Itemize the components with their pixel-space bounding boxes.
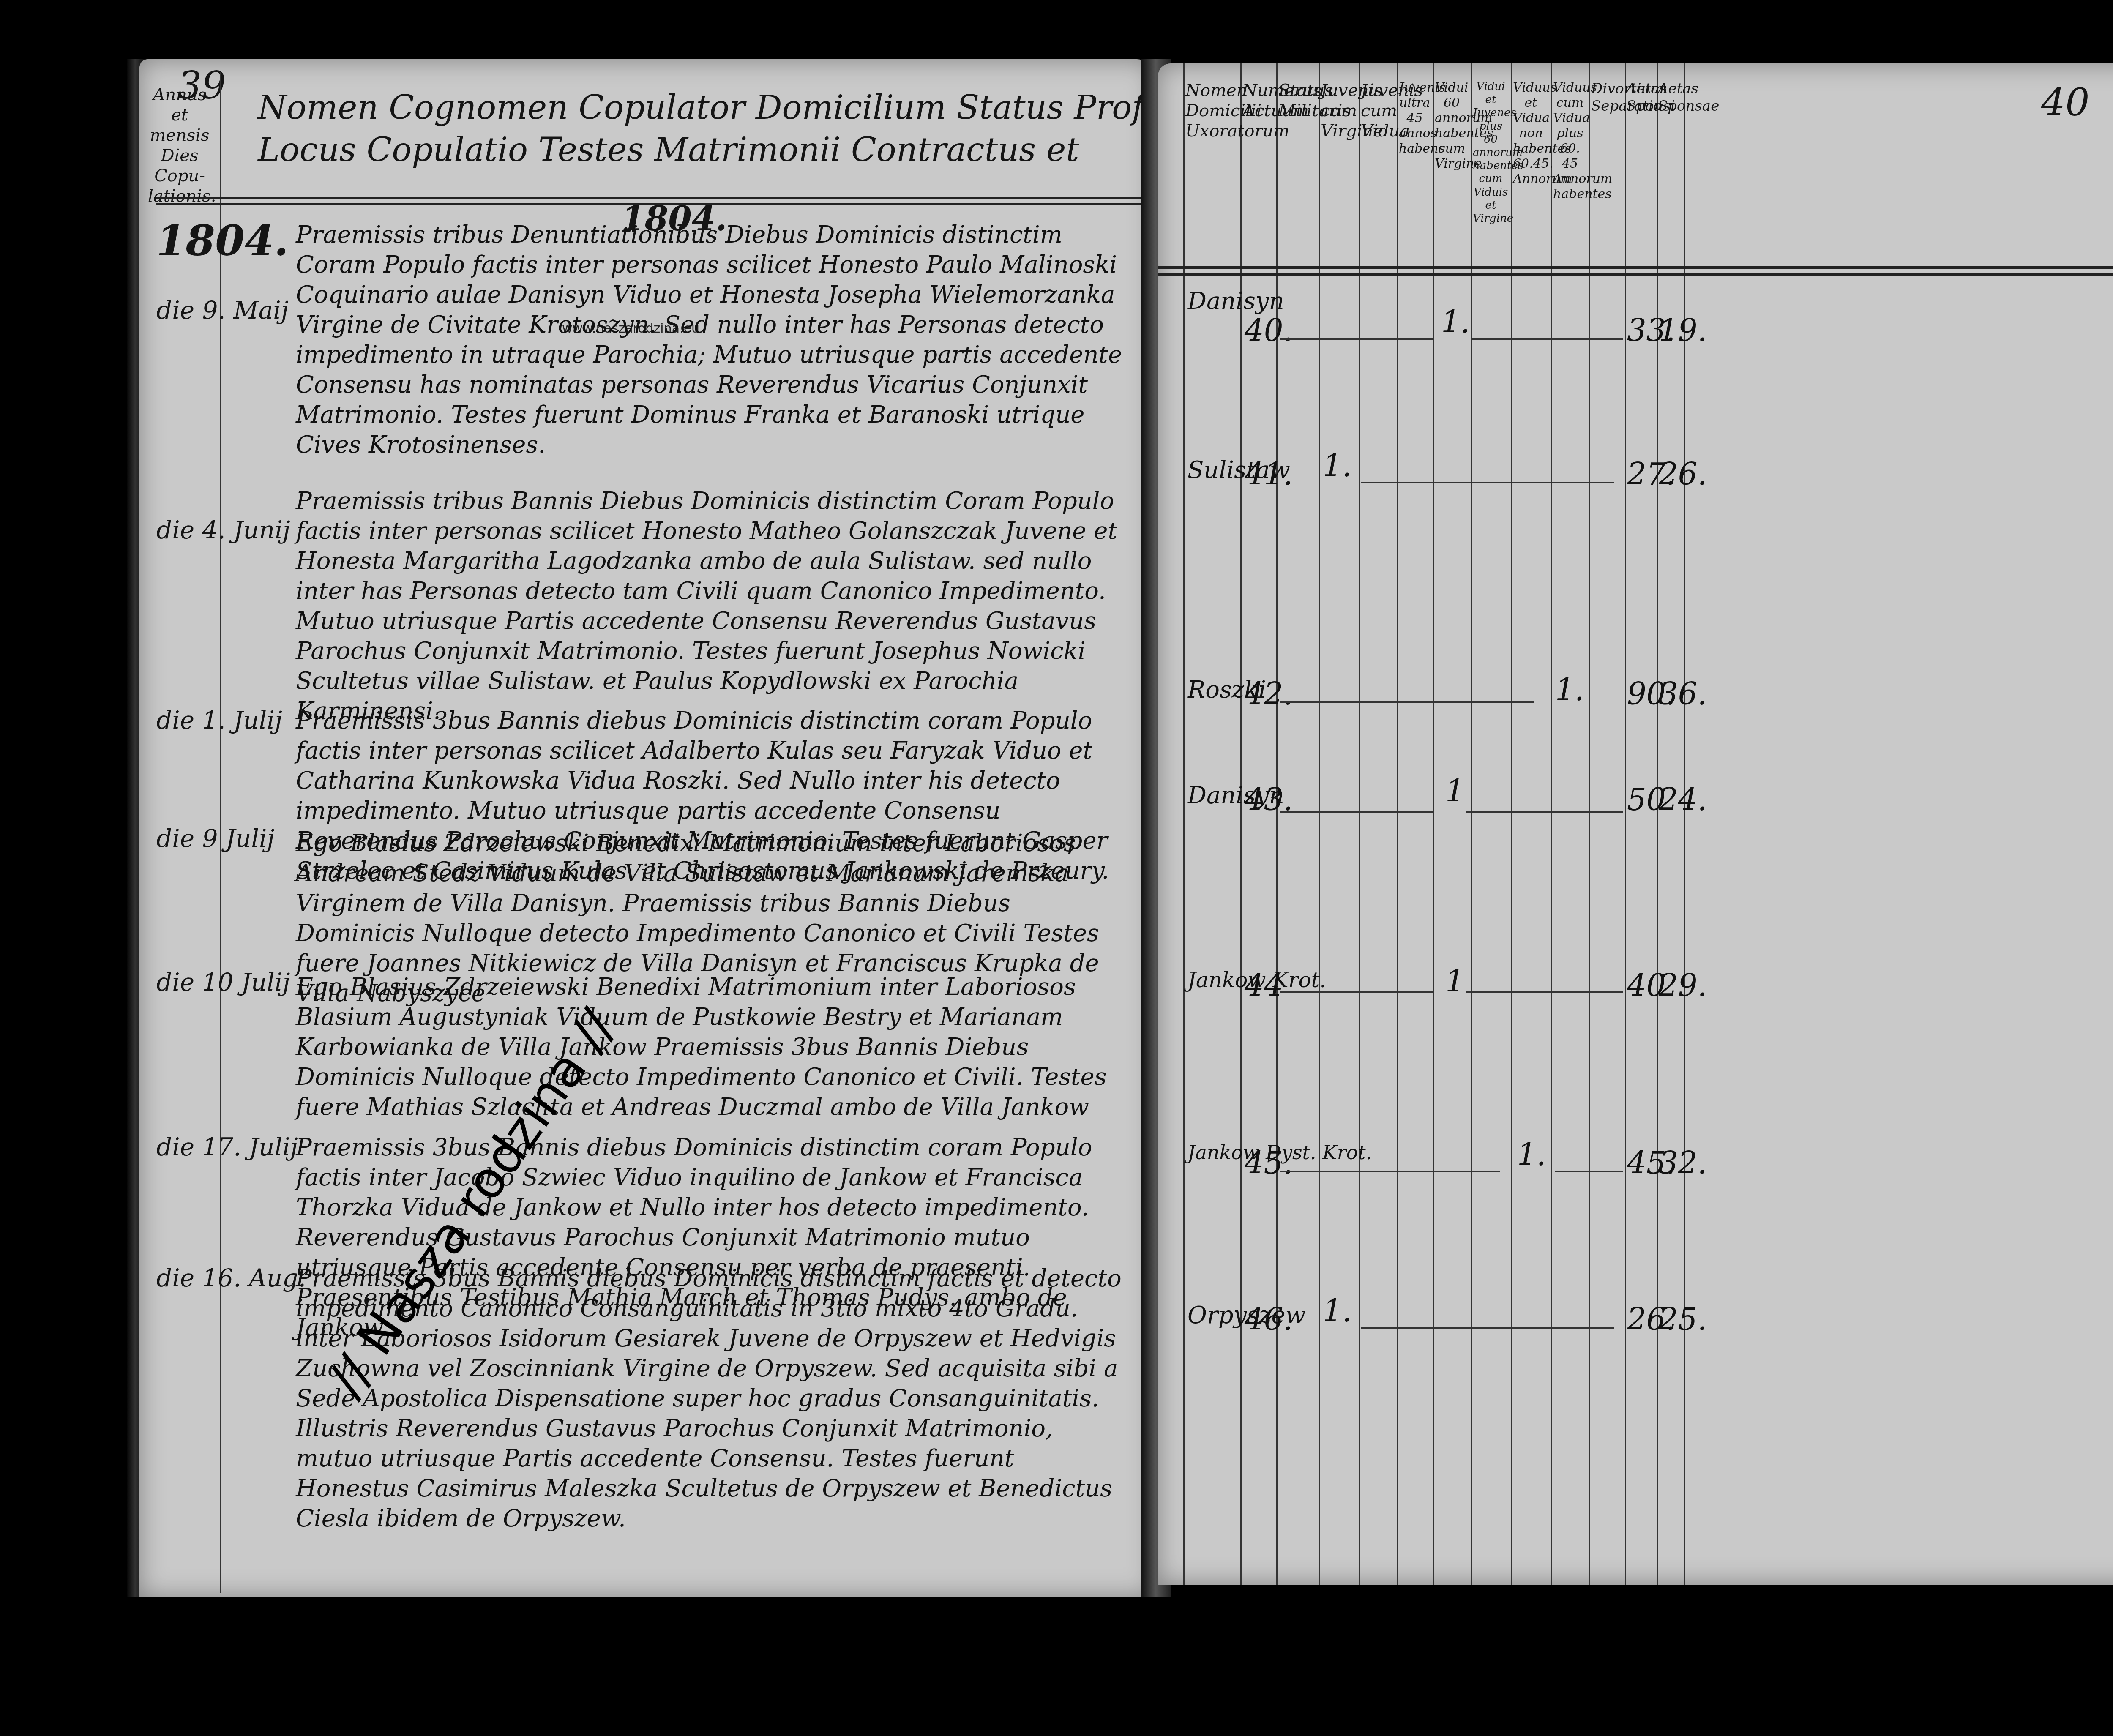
column-header-line2: Locus Copulatio Testes Matrimonii Contra… bbox=[258, 131, 1079, 169]
entry-text: Ego Blasius Zdrzeiewski Benedixi Matrimo… bbox=[296, 972, 1124, 1122]
column-header: Vidui 60 annorum habentes cum Virgine bbox=[1435, 80, 1469, 172]
column-header: Status Militaris bbox=[1278, 80, 1316, 121]
entry-text: Praemissis tribus Bannis Diebus Dominici… bbox=[296, 486, 1124, 726]
header-rule bbox=[1158, 273, 2113, 276]
book-scan: 39 Annus et mensis Dies Copu- lationis. … bbox=[0, 0, 2113, 1736]
register-entry: Praemissis tribus Bannis Diebus Dominici… bbox=[296, 486, 1124, 726]
column-header: Juvenis cum Virgine bbox=[1321, 80, 1357, 141]
number-cell: 46. bbox=[1245, 1302, 1293, 1337]
number-cell: 41. bbox=[1245, 456, 1293, 492]
mark-cell: 1. bbox=[1555, 672, 1584, 707]
bride-age-cell: 19. bbox=[1659, 313, 1707, 348]
column-rule bbox=[1183, 63, 1185, 1585]
bride-age-cell: 24. bbox=[1659, 782, 1707, 817]
column-header: Aetas Sponsae bbox=[1658, 80, 1683, 115]
empty-dash bbox=[1280, 811, 1433, 813]
number-cell: 40. bbox=[1245, 313, 1293, 348]
bride-age-cell: 32. bbox=[1659, 1145, 1707, 1181]
year-margin: 1804. bbox=[156, 216, 289, 265]
mark-cell: 1. bbox=[1323, 1293, 1352, 1329]
bride-age-cell: 29. bbox=[1659, 968, 1707, 1003]
empty-dash bbox=[1361, 482, 1614, 483]
mark-cell: 1 bbox=[1445, 773, 1465, 809]
entry-date: die 9 Julij bbox=[156, 824, 274, 853]
column-header: Aetas Sponsi bbox=[1626, 80, 1656, 115]
empty-dash bbox=[1280, 701, 1534, 703]
entry-date: die 16. Aug. bbox=[156, 1264, 306, 1292]
column-rule bbox=[1625, 63, 1626, 1585]
bride-age-cell: 25. bbox=[1659, 1302, 1707, 1337]
column-rule bbox=[1397, 63, 1398, 1585]
mark-cell: 1. bbox=[1517, 1137, 1546, 1172]
column-rule bbox=[1657, 63, 1658, 1585]
entry-date: die 9. Maij bbox=[156, 296, 289, 325]
entry-date: die 4. Junij bbox=[156, 516, 290, 544]
empty-dash bbox=[1466, 991, 1623, 993]
column-header: Viduus cum Vidua plus 60. 45 Annorum hab… bbox=[1553, 80, 1587, 202]
column-rule bbox=[1589, 63, 1590, 1585]
bride-age-cell: 36. bbox=[1659, 676, 1707, 712]
mark-cell: 1 bbox=[1445, 964, 1465, 999]
empty-dash bbox=[1280, 991, 1433, 993]
column-header: Nomen Domicilii Uxoratorum bbox=[1185, 80, 1238, 141]
margin-header: Annus et mensis Dies Copu- lationis. bbox=[148, 85, 211, 206]
column-header: Vidui et Juvenes plus 60 annorum habente… bbox=[1473, 80, 1509, 225]
empty-dash bbox=[1361, 1327, 1614, 1329]
number-cell: 45. bbox=[1245, 1145, 1293, 1181]
right-page-number: 40 bbox=[2041, 80, 2090, 125]
column-header: Juvenis ultra 45 annos habens bbox=[1399, 80, 1431, 156]
column-header: Viduus et Vidua non habentes 60.45. Anno… bbox=[1513, 80, 1549, 187]
column-rule bbox=[1319, 63, 1320, 1585]
number-cell: 44 bbox=[1245, 968, 1283, 1003]
mark-cell: 1. bbox=[1323, 448, 1352, 483]
mark-cell: 1. bbox=[1441, 304, 1470, 340]
column-header: Divortium Separatio bbox=[1591, 80, 1623, 115]
margin-header-line: Annus et bbox=[148, 85, 211, 125]
header-rule bbox=[1158, 266, 2113, 269]
empty-dash bbox=[1471, 338, 1623, 340]
register-entry: Praemissis tribus Denuntiationibus Diebu… bbox=[296, 220, 1124, 460]
column-rule bbox=[1359, 63, 1360, 1585]
entry-text: Praemissis tribus Denuntiationibus Diebu… bbox=[296, 220, 1124, 460]
right-page: 40 Nomen Domicilii Uxoratorum Numerus Ac… bbox=[1158, 63, 2113, 1585]
entry-date: die 17. Julij bbox=[156, 1133, 298, 1161]
column-rule bbox=[1551, 63, 1552, 1585]
column-header: Juvenis cum Vidua bbox=[1361, 80, 1395, 141]
empty-dash bbox=[1280, 1171, 1500, 1172]
margin-header-line: mensis bbox=[148, 125, 211, 145]
column-rule bbox=[1471, 63, 1472, 1585]
margin-header-line: Dies Copu- bbox=[148, 145, 211, 186]
number-cell: 42. bbox=[1245, 676, 1293, 712]
bride-age-cell: 26. bbox=[1659, 456, 1707, 492]
entry-date: die 10 Julij bbox=[156, 968, 290, 996]
domicile-cell: Danisyn bbox=[1188, 287, 1284, 315]
column-rule bbox=[1433, 63, 1434, 1585]
column-header: Numerus Actuum bbox=[1242, 80, 1274, 121]
empty-dash bbox=[1466, 811, 1623, 813]
column-rule bbox=[1684, 63, 1685, 1585]
register-entry: Ego Blasius Zdrzeiewski Benedixi Matrimo… bbox=[296, 972, 1124, 1122]
empty-dash bbox=[1280, 338, 1433, 340]
column-rule bbox=[1511, 63, 1512, 1585]
entry-date: die 1. Julij bbox=[156, 706, 282, 734]
empty-dash bbox=[1555, 1171, 1623, 1172]
